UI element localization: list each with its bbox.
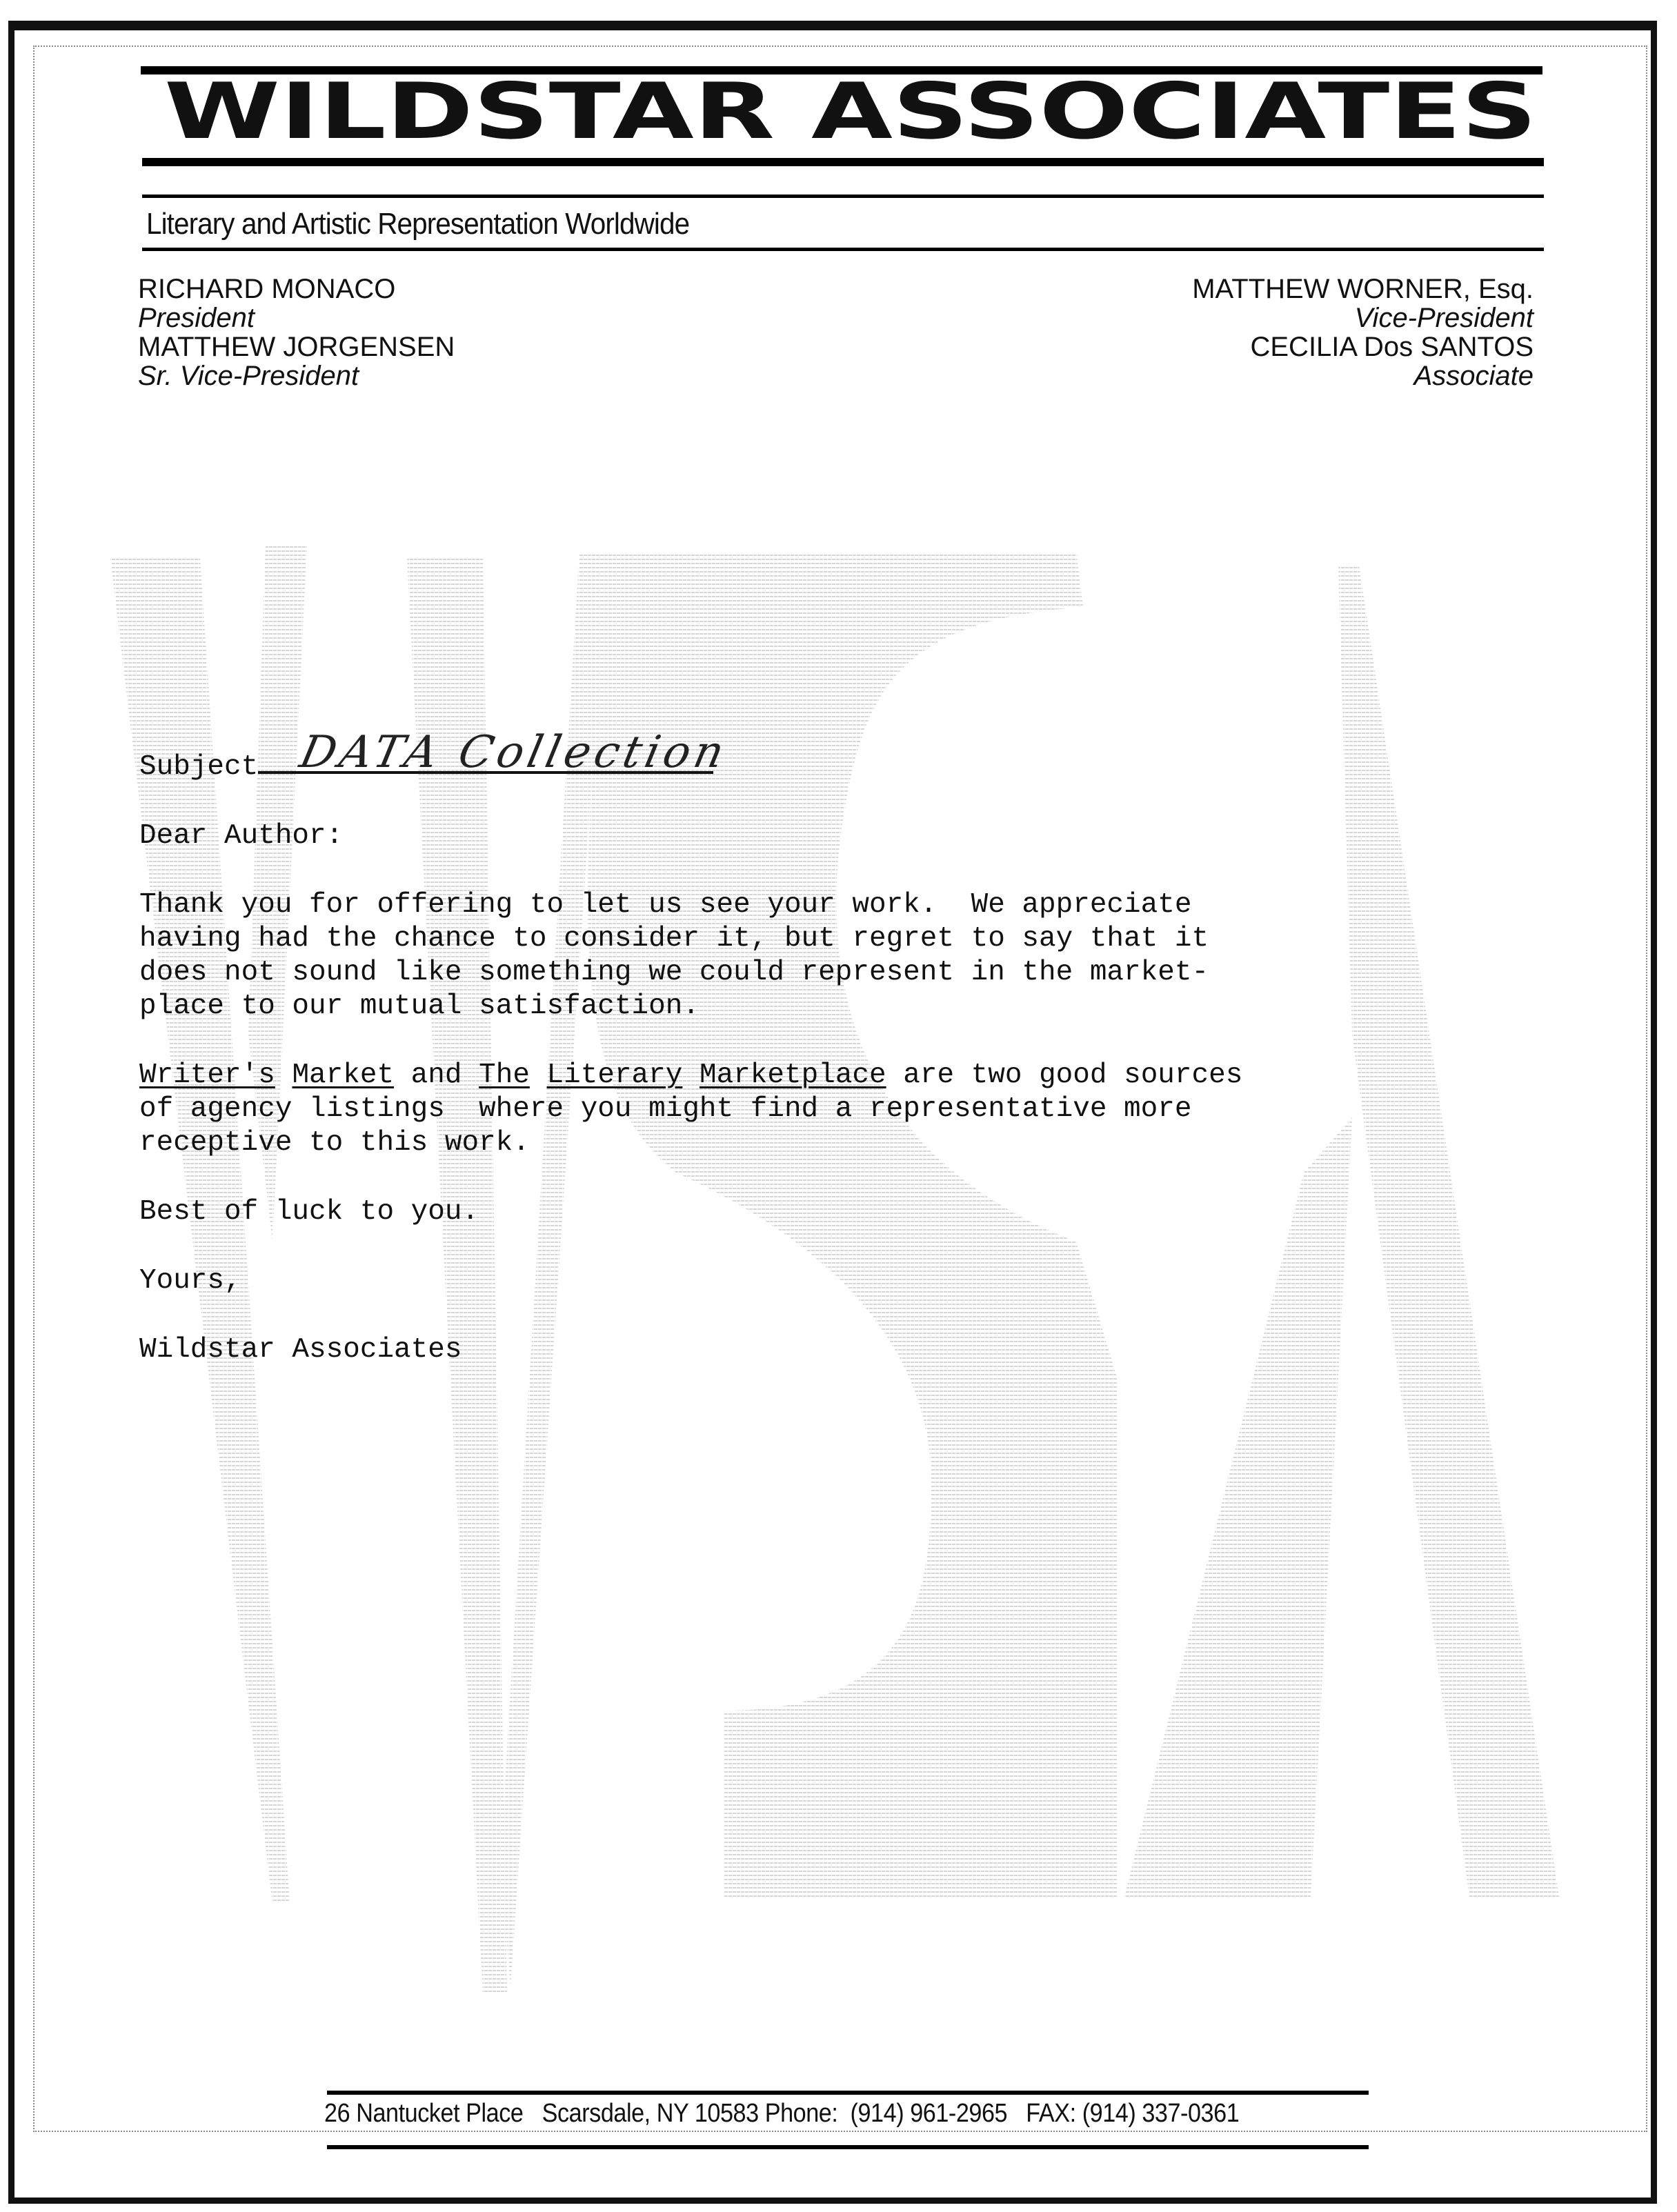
footer-phone: (914) 961-2965 <box>851 2099 1008 2128</box>
footer-city: Scarsdale, NY 10583 <box>542 2099 759 2128</box>
footer-address: 26 Nantucket Place <box>324 2099 523 2128</box>
footer-fax-label: FAX: <box>1026 2099 1075 2128</box>
officer-name: MATTHEW WORNER, Esq. <box>1192 275 1534 303</box>
underlined-title: Writer's <box>139 1059 275 1091</box>
closing: Yours, <box>139 1264 1242 1298</box>
officer-role: Vice-President <box>1192 303 1534 332</box>
footer-phone-label: Phone: <box>765 2099 838 2128</box>
header-rule-top <box>141 66 1542 74</box>
officer-name: MATTHEW JORGENSEN <box>138 332 455 361</box>
underlined-title: Literary <box>547 1059 683 1091</box>
officer-role: President <box>138 303 455 332</box>
header-rule-third <box>142 195 1544 198</box>
officers-left: RICHARD MONACO President MATTHEW JORGENS… <box>138 275 455 390</box>
header-rule-bottom <box>142 248 1544 251</box>
subject-line: SubjectDATA Collection <box>139 744 1242 784</box>
footer-rule-top <box>327 2091 1369 2095</box>
underlined-title: The <box>479 1059 530 1091</box>
letter-body: SubjectDATA Collection Dear Author: Than… <box>139 744 1242 1402</box>
footer-fax: (914) 337-0361 <box>1082 2099 1240 2128</box>
officer-role: Sr. Vice-President <box>138 361 455 390</box>
company-tagline: Literary and Artistic Representation Wor… <box>146 207 689 241</box>
paragraph-2: Writer's Market and The Literary Marketp… <box>139 1059 1242 1160</box>
officer-name: CECILIA Dos SANTOS <box>1192 332 1534 361</box>
footer-contact: 26 Nantucket Place Scarsdale, NY 10583 P… <box>324 2099 1239 2129</box>
svg-text:WILDSTAR ASSOCIATES: WILDSTAR ASSOCIATES <box>164 77 1537 146</box>
subject-handwritten-value: DATA Collection <box>297 736 731 770</box>
underlined-title: Marketplace <box>699 1059 886 1091</box>
paragraph-1: Thank you for offering to let us see you… <box>139 888 1242 1024</box>
company-name: WILDSTAR ASSOCIATES <box>164 77 1537 146</box>
underlined-title: Market <box>292 1059 394 1091</box>
subject-label: Subject <box>139 751 258 783</box>
subject-field: DATA Collection <box>258 744 713 774</box>
signature: Wildstar Associates <box>139 1333 1242 1367</box>
officer-role: Associate <box>1192 361 1534 390</box>
salutation: Dear Author: <box>139 819 1242 853</box>
closing-wish: Best of luck to you. <box>139 1195 1242 1229</box>
paragraph-2-line-1: Writer's Market and The Literary Marketp… <box>139 1059 1242 1091</box>
officers-right: MATTHEW WORNER, Esq. Vice-President CECI… <box>1192 275 1534 390</box>
officer-name: RICHARD MONACO <box>138 275 455 303</box>
header-rule-middle <box>142 158 1544 166</box>
footer-rule-bottom <box>327 2145 1369 2149</box>
